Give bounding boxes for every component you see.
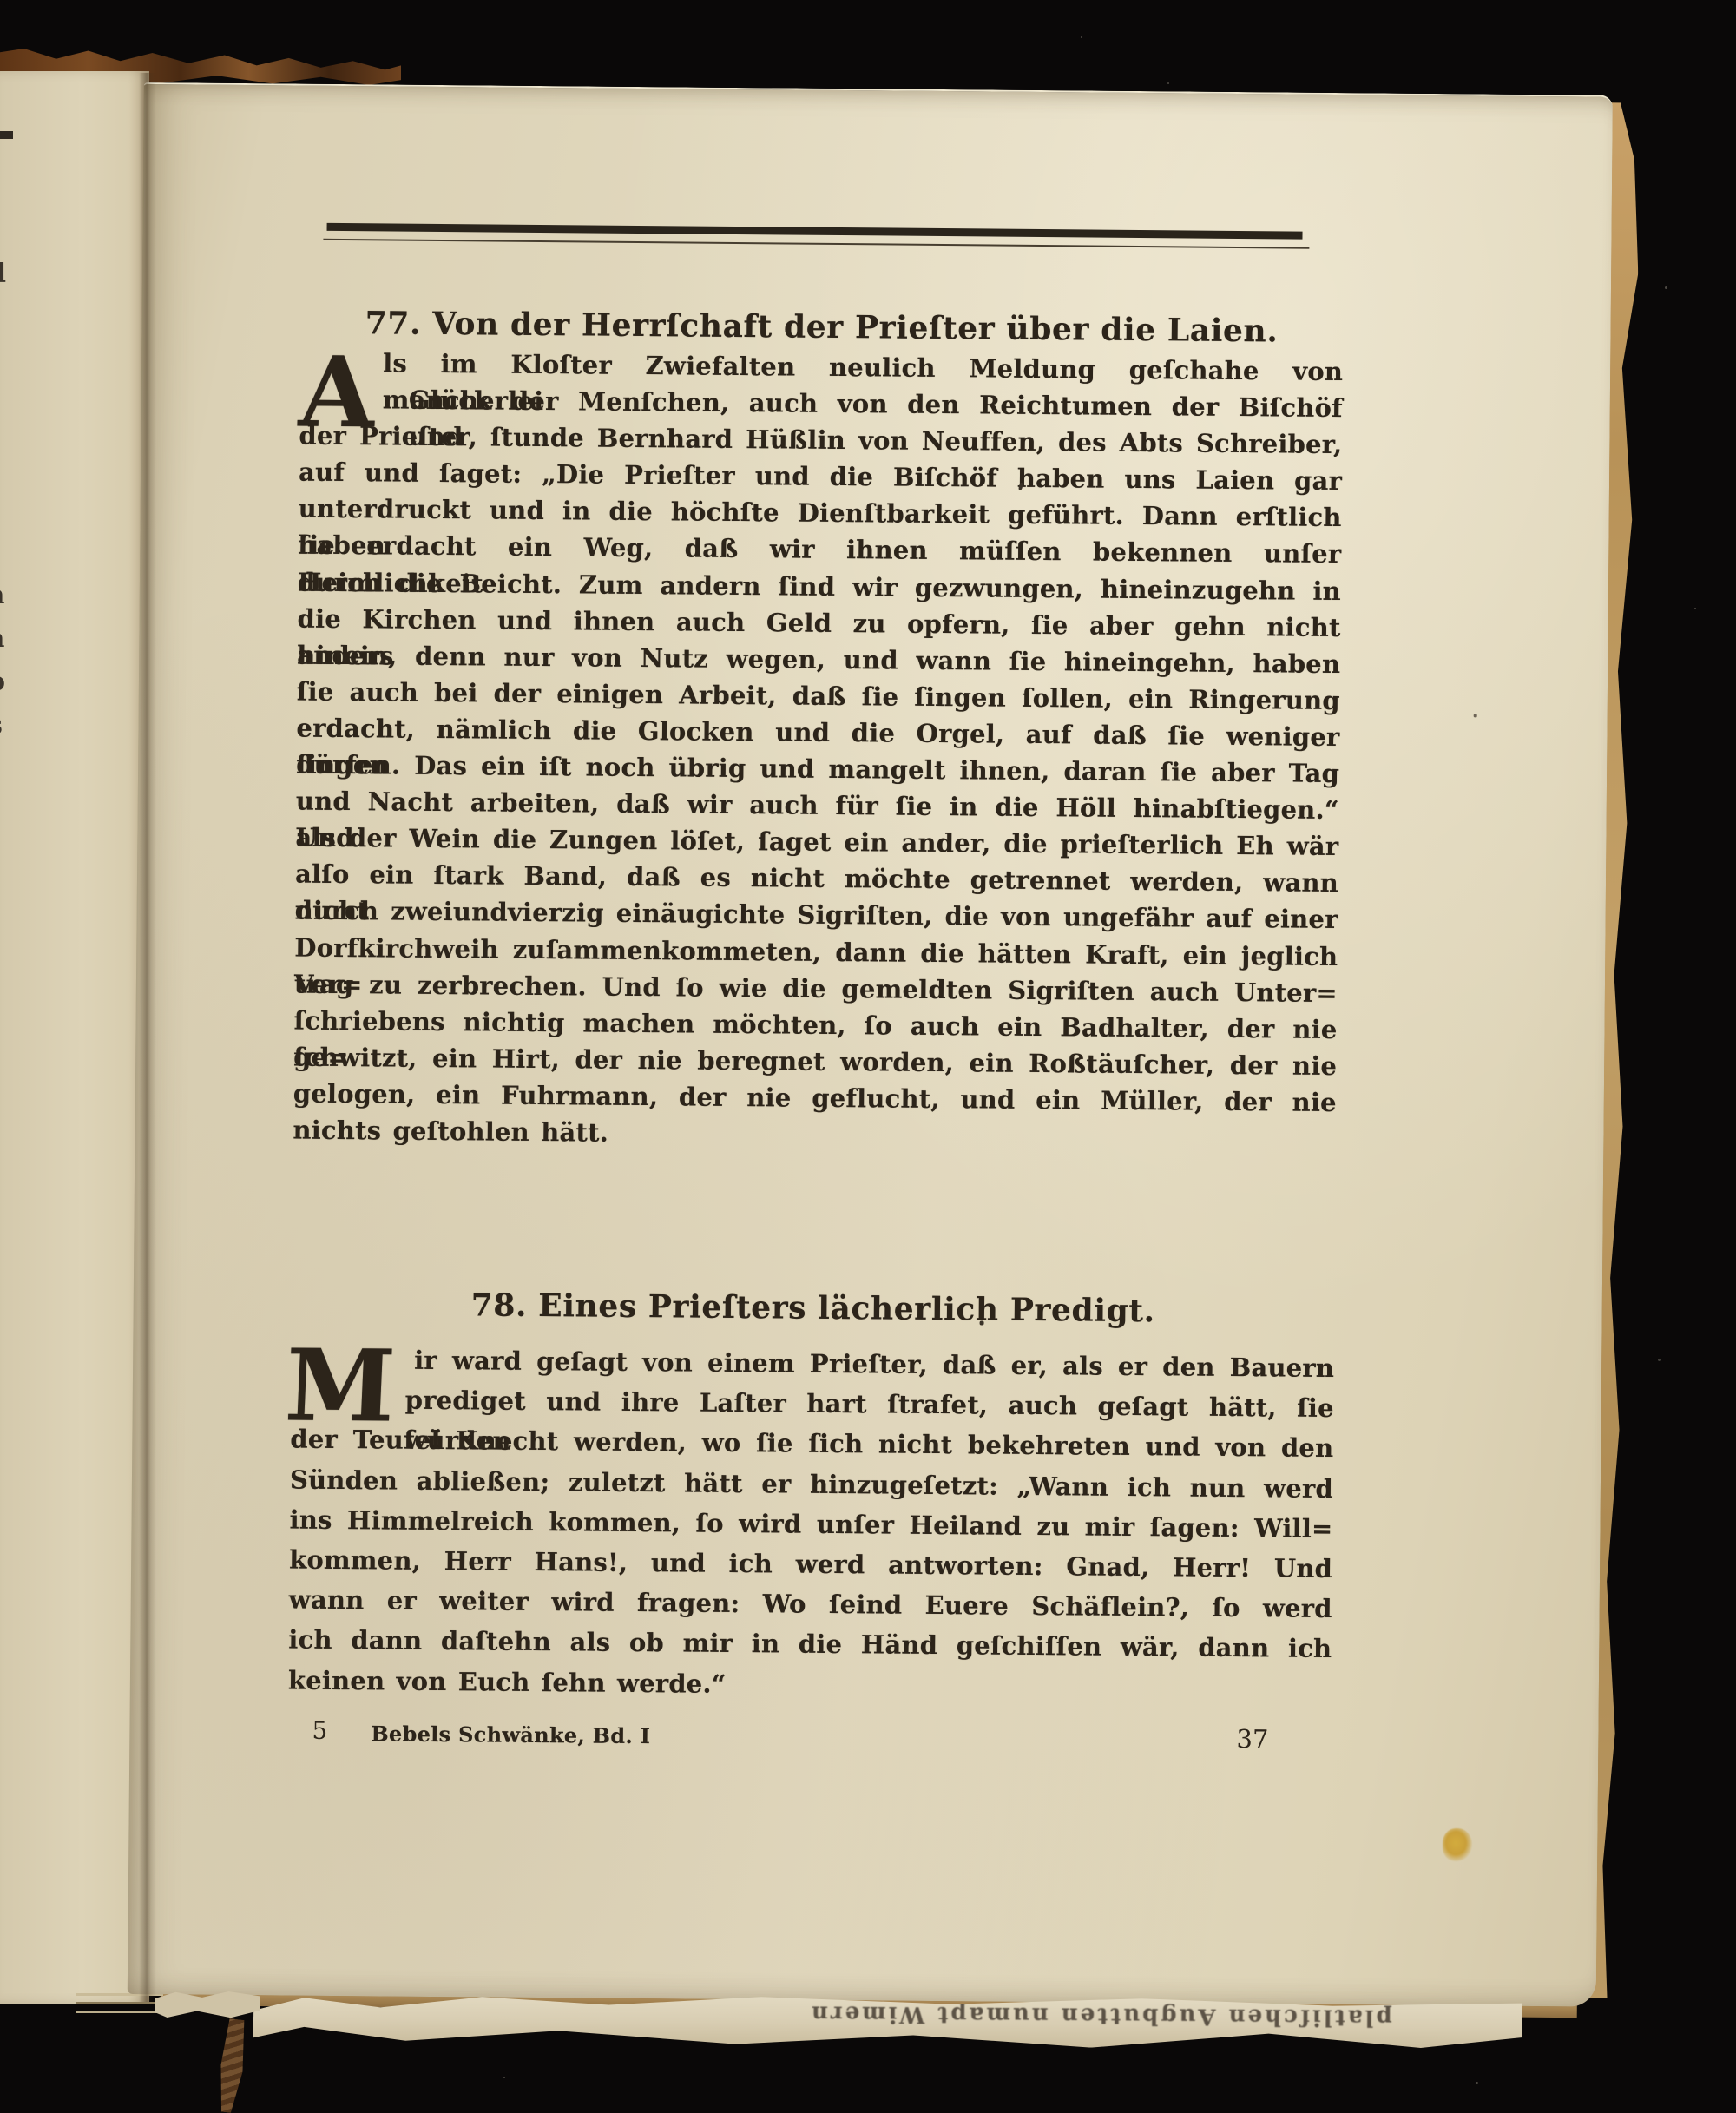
story-77-heading: 77. Von der Herrſchaft der Prieſter über… <box>299 304 1343 351</box>
section-divider-rule-thin <box>323 239 1309 249</box>
dust-speck <box>1476 2082 1478 2084</box>
story-77-paragraph: A ls im Kloſter Zwiefalten neulich Meldu… <box>293 345 1343 1158</box>
drop-cap-a: A <box>298 350 377 438</box>
torn-strip-inverted-text: platliſchen Augbutten numapt Wimern <box>809 2002 1392 2029</box>
photo-background: /d'taaos:;,. 77. Von der Herrſchaft der … <box>0 0 1736 2113</box>
ink-speck <box>1474 714 1477 717</box>
page-number: 37 <box>1236 1724 1268 1754</box>
gutter-shadow <box>139 73 156 2002</box>
dust-speck <box>1167 82 1169 84</box>
dust-speck <box>1694 608 1696 609</box>
dust-speck <box>1658 1359 1661 1361</box>
facing-page-sliver <box>0 71 149 2004</box>
section-divider-rule-thick <box>327 223 1303 240</box>
drop-cap-m: M <box>284 1340 398 1431</box>
page-footer: 5 Bebels Schwänke, Bd. I 37 <box>287 1716 1331 1763</box>
glyph-fragment: a <box>0 583 4 609</box>
dust-speck <box>1081 36 1082 38</box>
glyph-fragment: o <box>0 669 5 695</box>
story-78-paragraph: M ir ward geſagt von einem Prieſter, daß… <box>288 1340 1335 1709</box>
series-title: Bebels Schwänke, Bd. I <box>371 1721 650 1748</box>
dust-speck <box>1665 286 1667 289</box>
signature-number: 5 <box>312 1716 327 1745</box>
facing-page-text-fragments: /d'taaos:;,. <box>0 0 14 2113</box>
ink-speck <box>980 1320 984 1325</box>
book-page: 77. Von der Herrſchaft der Prieſter über… <box>128 82 1613 2007</box>
glyph-fragment: d <box>0 261 6 287</box>
story-78-heading: 78. Eines Prieſters lächerlich Predigt. <box>292 1285 1335 1332</box>
story-78-lines: ir ward geſagt von einem Prieſter, daß e… <box>288 1340 1335 1709</box>
glyph-fragment: a <box>0 626 4 652</box>
glyph-fragment: s <box>0 713 3 739</box>
dust-speck <box>503 2077 505 2078</box>
bookmark-cord <box>213 2018 250 2113</box>
story-77-lines: ls im Kloſter Zwiefalten neulich Meldung… <box>293 345 1343 1158</box>
